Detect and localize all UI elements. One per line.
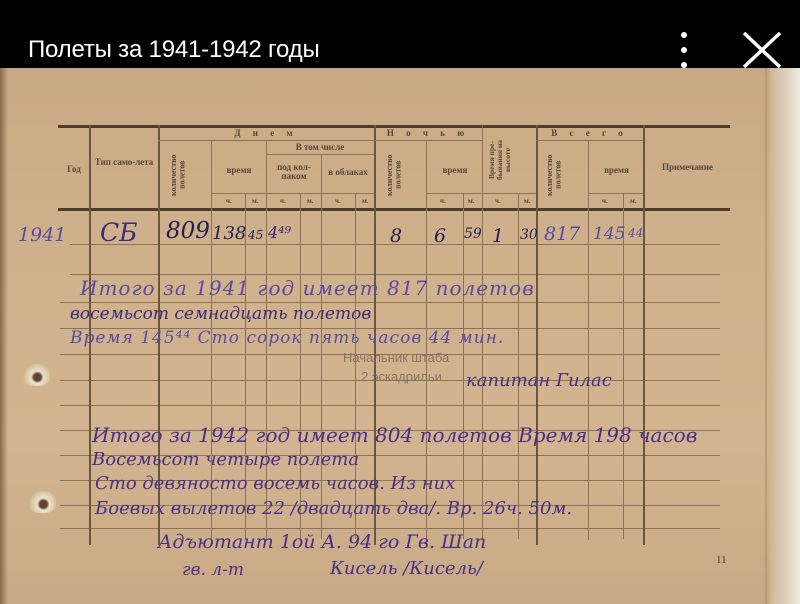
- header-under-hood: под кол-паком: [268, 163, 320, 182]
- binding-hole: [28, 491, 56, 513]
- entry-altitude-minutes: 30: [520, 227, 538, 243]
- summary-1942-line4: Боевых вылетов 22 /двадцать два/. Вр. 26…: [95, 498, 572, 519]
- unit-minutes: м.: [252, 197, 259, 205]
- header-day-count: количество полетов: [170, 144, 196, 206]
- summary-1941-line1: Итого за 1941 год имеет 817 полетов: [80, 276, 535, 300]
- column-rule: [536, 125, 538, 545]
- summary-1942-line2: Восемьсот четыре полета: [92, 449, 359, 470]
- header-night-time: время: [428, 166, 482, 175]
- entry-day-hours: 138: [212, 223, 246, 244]
- column-rule: [623, 194, 624, 539]
- adjutant-title: Адъютант 1ой А. 94 го Гв. Шап: [158, 531, 486, 553]
- summary-1942-line1: Итого за 1942 год имеет 804 полетов Врем…: [92, 423, 697, 447]
- unit-hours: ч.: [495, 197, 501, 205]
- unit-minutes: м.: [524, 197, 531, 205]
- header-night: Н о ч ь ю: [374, 129, 482, 138]
- header-rule: [266, 154, 374, 155]
- page-edge: [770, 68, 800, 604]
- viewer-header: Полеты за 1941-1942 годы: [0, 0, 800, 68]
- header-rule: [426, 193, 536, 194]
- header-rule: [536, 140, 643, 141]
- unit-hours: ч.: [280, 197, 286, 205]
- header-rule: [211, 193, 374, 194]
- entry-total-hours: 145: [593, 224, 625, 244]
- unit-minutes: м.: [362, 197, 369, 205]
- header-remarks: Примечание: [645, 163, 730, 172]
- entry-total-minutes: 44: [628, 226, 643, 240]
- column-rule: [643, 125, 645, 545]
- adjutant-signature: Кисель /Кисель/: [330, 558, 483, 579]
- stamp-chief-of-staff: Начальник штаба: [343, 350, 449, 365]
- entry-aircraft: СБ: [100, 218, 138, 247]
- header-aircraft-type: Тип само-лета: [92, 158, 156, 167]
- unit-hours: ч.: [602, 197, 608, 205]
- header-rule: [374, 140, 482, 141]
- entry-year: 1941: [18, 224, 66, 246]
- header-in-clouds: в облаках: [321, 168, 375, 177]
- entry-under-hood: 4⁴⁹: [268, 223, 291, 242]
- entry-night-hours: 6: [434, 225, 446, 247]
- header-day-time: время: [212, 166, 266, 175]
- header-altitude-time: Время пре-бывания на высоте: [488, 128, 518, 192]
- unit-minutes: м.: [468, 197, 475, 205]
- header-total-time: время: [590, 166, 643, 175]
- close-button[interactable]: [740, 30, 784, 70]
- page-edge-shadow: [0, 68, 8, 604]
- unit-minutes: м.: [630, 197, 637, 205]
- unit-hours: ч.: [226, 197, 232, 205]
- entry-night-minutes: 59: [464, 226, 482, 242]
- header-total-count: количество полетов: [546, 144, 572, 206]
- entry-altitude-hours: 1: [492, 225, 504, 247]
- unit-hours: ч.: [440, 197, 446, 205]
- more-vertical-icon-dot: [681, 47, 687, 53]
- column-rule: [588, 140, 589, 540]
- header-including: В том числе: [266, 143, 374, 152]
- header-year: Год: [60, 165, 88, 174]
- unit-minutes: м.: [307, 197, 314, 205]
- binding-hole: [22, 364, 50, 386]
- close-icon: [740, 30, 784, 70]
- summary-1941-line3: Время 145⁴⁴ Сто сорок пять часов 44 мин.: [70, 328, 504, 348]
- more-vertical-icon-dot: [681, 62, 687, 68]
- column-rule: [518, 194, 519, 539]
- page-number: 11: [716, 554, 727, 566]
- summary-1941-line2: восемьсот семнадцать полетов: [70, 304, 371, 324]
- image-title: Полеты за 1941-1942 годы: [28, 36, 320, 64]
- header-rule: [588, 193, 643, 194]
- column-rule: [463, 194, 464, 539]
- header-night-count: количество полетов: [386, 144, 412, 206]
- entry-day-count: 809: [166, 218, 210, 244]
- more-vertical-icon: [681, 32, 687, 38]
- adjutant-rank: гв. л-т: [182, 560, 244, 580]
- stamp-squadron: 2 эскадрильи: [361, 369, 442, 384]
- unit-hours: ч.: [335, 197, 341, 205]
- logbook-page-photo: Год Тип само-лета Д н е м количество пол…: [0, 68, 800, 604]
- signature-1941: капитан Гилас: [466, 370, 612, 391]
- entry-night-count: 8: [390, 225, 402, 247]
- entry-day-minutes: 45: [248, 228, 263, 242]
- entry-total-count: 817: [544, 223, 580, 245]
- header-rule: [158, 140, 374, 141]
- more-options-button[interactable]: [672, 32, 696, 68]
- header-total: В с е г о: [536, 129, 643, 138]
- header-day: Д н е м: [158, 129, 374, 138]
- summary-1942-line3: Сто девяносто восемь часов. Из них: [95, 473, 455, 494]
- page-border-line: [765, 68, 767, 604]
